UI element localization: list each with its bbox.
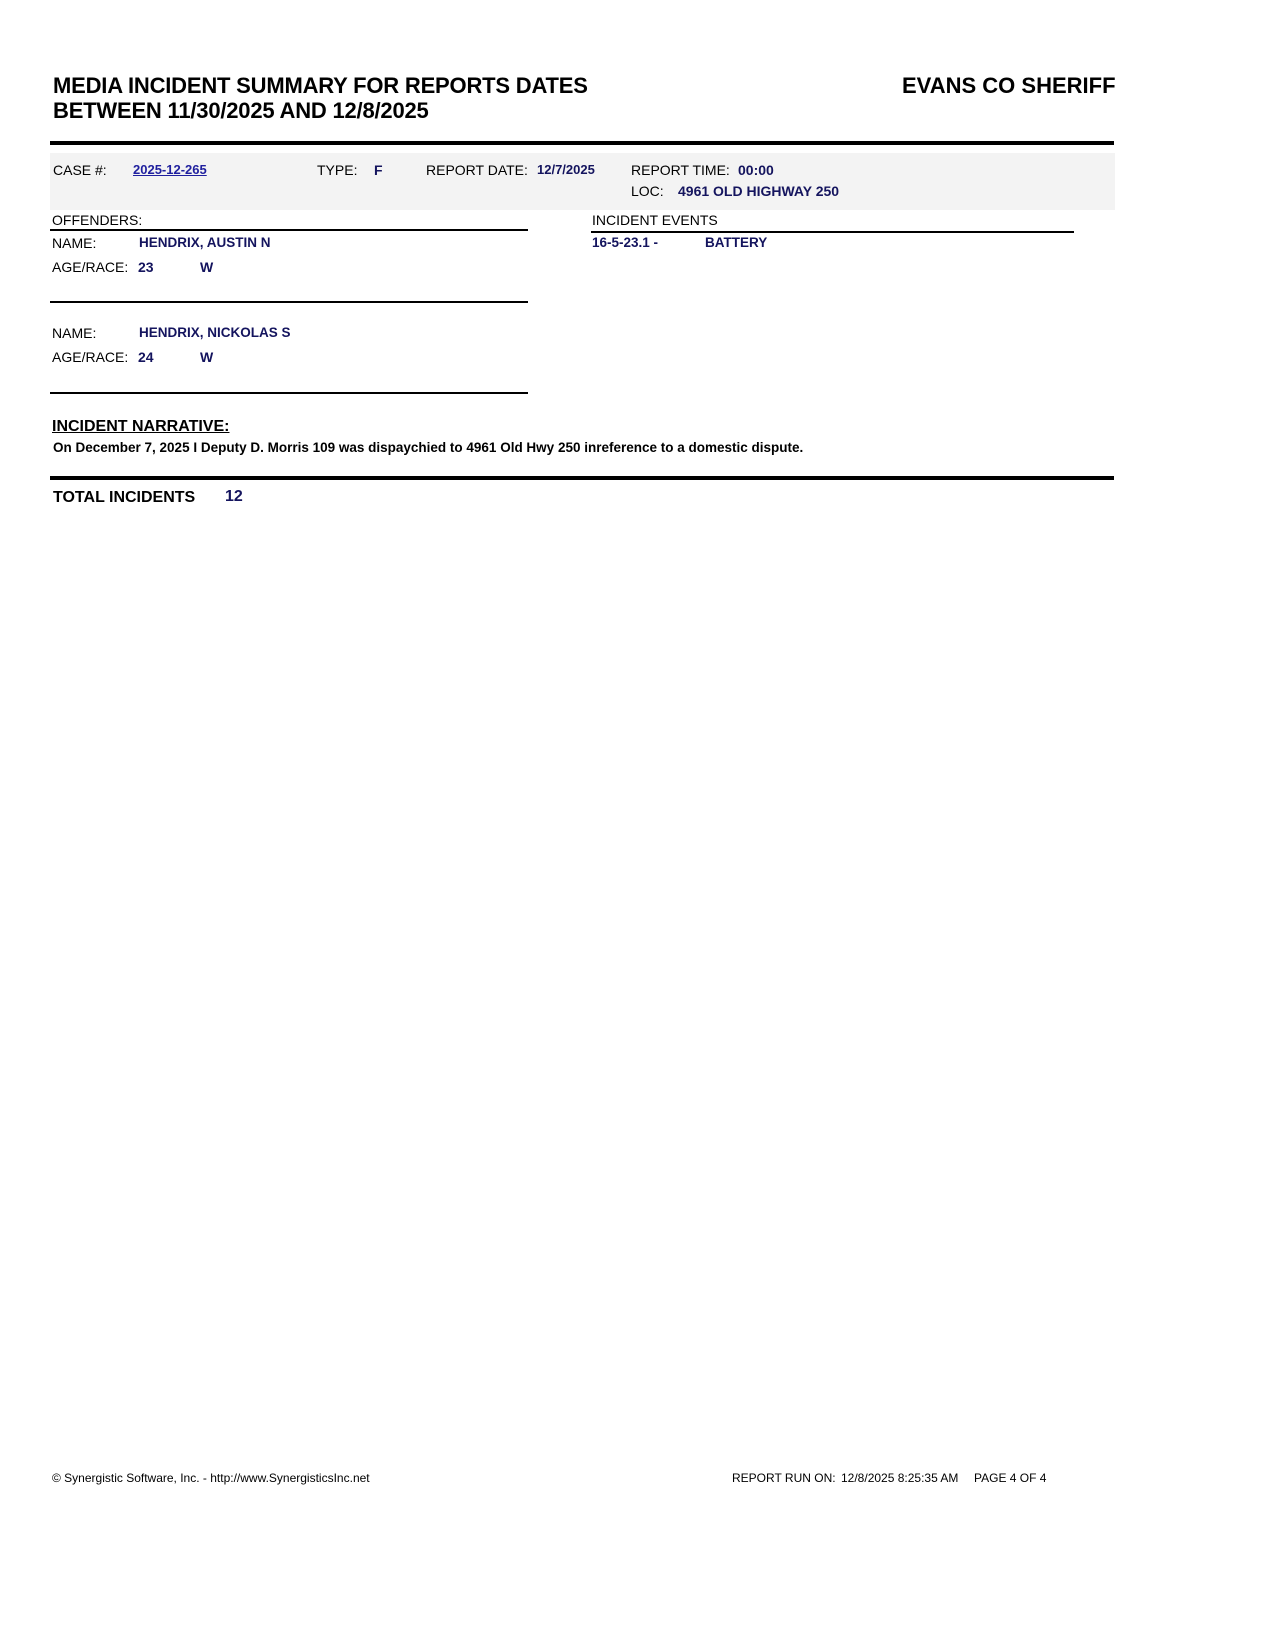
offender-age-race-label: AGE/RACE: (52, 259, 128, 275)
incident-event-description: BATTERY (705, 235, 767, 250)
footer-page-number: PAGE 4 OF 4 (974, 1471, 1046, 1485)
offender-age-race-label: AGE/RACE: (52, 349, 128, 365)
report-date-value: 12/7/2025 (537, 162, 595, 177)
offender-age: 24 (138, 349, 154, 365)
offenders-heading: OFFENDERS: (52, 212, 142, 228)
narrative-heading: INCIDENT NARRATIVE: (52, 418, 229, 436)
narrative-divider (50, 476, 1114, 480)
case-number-label: CASE #: (53, 162, 107, 178)
offender-name-label: NAME: (52, 325, 96, 341)
narrative-text: On December 7, 2025 I Deputy D. Morris 1… (53, 440, 803, 455)
total-incidents-value: 12 (225, 488, 243, 506)
type-label: TYPE: (317, 162, 357, 178)
footer-run-on-value: 12/8/2025 8:25:35 AM (841, 1471, 958, 1485)
location-label: LOC: (631, 183, 664, 199)
agency-name: EVANS CO SHERIFF (902, 73, 1116, 99)
incident-events-heading: INCIDENT EVENTS (592, 212, 718, 228)
offender-age: 23 (138, 259, 154, 275)
total-incidents-label: TOTAL INCIDENTS (53, 489, 195, 507)
report-title-line1: MEDIA INCIDENT SUMMARY FOR REPORTS DATES (53, 73, 588, 99)
offender-divider (50, 392, 528, 394)
footer-run-on-label: REPORT RUN ON: (732, 1471, 836, 1485)
report-date-label: REPORT DATE: (426, 162, 528, 178)
footer-copyright: © Synergistic Software, Inc. - http://ww… (52, 1471, 370, 1485)
case-number-link[interactable]: 2025-12-265 (133, 162, 207, 177)
offender-name-label: NAME: (52, 235, 96, 251)
report-time-value: 00:00 (738, 162, 774, 178)
offenders-heading-rule (50, 229, 528, 231)
offender-name: HENDRIX, AUSTIN N (139, 235, 271, 250)
report-time-label: REPORT TIME: (631, 162, 730, 178)
incident-events-rule (591, 231, 1074, 233)
offender-name: HENDRIX, NICKOLAS S (139, 325, 291, 340)
offender-race: W (200, 349, 213, 365)
location-value: 4961 OLD HIGHWAY 250 (678, 183, 839, 199)
report-title-line2: BETWEEN 11/30/2025 AND 12/8/2025 (53, 98, 429, 124)
incident-event-code: 16-5-23.1 - (592, 235, 658, 250)
header-divider (50, 141, 1114, 145)
type-value: F (374, 162, 383, 178)
offender-race: W (200, 259, 213, 275)
offender-divider (50, 301, 528, 303)
